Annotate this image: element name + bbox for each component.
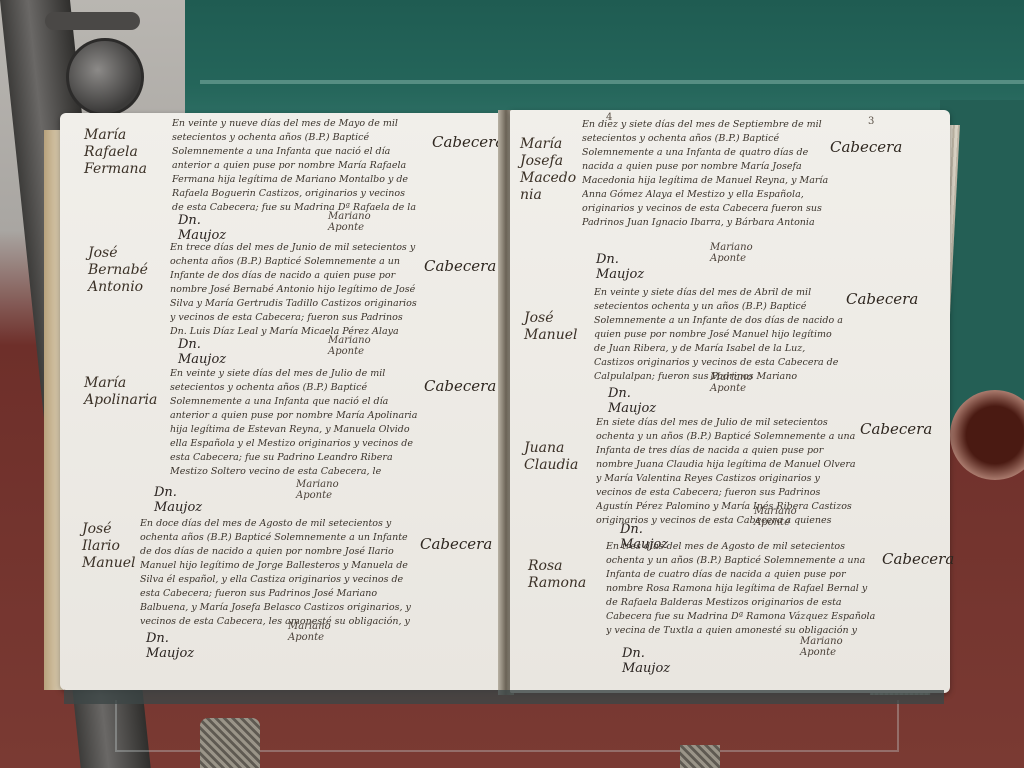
display-shelf — [64, 690, 944, 704]
witness-signature: Mariano Aponte — [710, 372, 753, 394]
witness-signature: Mariano Aponte — [710, 242, 753, 264]
register-page-left: María Rafaela Fermana En veinte y nueve … — [60, 113, 502, 690]
margin-name: María Apolinaria — [84, 375, 157, 409]
entry-text: En trece días del mes de Junio de mil se… — [170, 241, 420, 339]
parish-label: Cabecera — [424, 257, 496, 275]
entry-text: En veinte y nueve días del mes de Mayo d… — [172, 117, 417, 215]
priest-signature: Dn. Maujoz — [608, 386, 656, 416]
margin-name: José Bernabé Antonio — [88, 245, 148, 296]
priest-signature: Dn. Maujoz — [596, 252, 644, 282]
margin-name: José Manuel — [524, 310, 577, 344]
priest-signature: Dn. Maujoz — [622, 646, 670, 676]
entry-text: En veinte y siete días del mes de Julio … — [170, 367, 425, 479]
silver-object — [200, 718, 260, 768]
margin-name: María Josefa Macedo nia — [520, 136, 576, 204]
witness-signature: Mariano Aponte — [328, 335, 371, 357]
priest-signature: Dn. Maujoz — [178, 213, 226, 243]
parish-label: Cabecera — [830, 138, 902, 156]
case-handle — [45, 12, 140, 30]
priest-signature: Dn. Maujoz — [178, 337, 226, 367]
entry-text: En doce días del mes de Agosto de mil se… — [140, 517, 420, 629]
entry-text: En siete días del mes de Julio de mil se… — [596, 416, 858, 528]
case-lock-knob — [66, 38, 144, 116]
witness-signature: Mariano Aponte — [328, 211, 371, 233]
margin-name: Rosa Ramona — [528, 558, 586, 592]
parish-label: Cabecera — [424, 377, 496, 395]
entry-text: En diez y siete días del mes de Septiemb… — [582, 118, 830, 230]
entry-text: En tres días del mes de Agosto de mil se… — [606, 540, 876, 638]
witness-signature: Mariano Aponte — [296, 479, 339, 501]
parish-label: Cabecera — [420, 535, 492, 553]
witness-signature: Mariano Aponte — [288, 621, 331, 643]
parish-label: Cabecera — [860, 420, 932, 438]
register-page-right: 4 3 María Josefa Macedo nia En diez y si… — [510, 110, 950, 693]
priest-signature: Dn. Maujoz — [154, 485, 202, 515]
display-case-green-panel — [185, 0, 1024, 120]
witness-signature: Mariano Aponte — [754, 506, 797, 528]
glass-reflection — [200, 80, 1024, 84]
priest-signature: Dn. Maujoz — [146, 631, 194, 661]
margin-name: María Rafaela Fermana — [84, 127, 147, 178]
margin-name: Juana Claudia — [524, 440, 578, 474]
silver-object — [680, 745, 720, 768]
witness-signature: Mariano Aponte — [800, 636, 843, 658]
parish-label: Cabecera — [846, 290, 918, 308]
margin-name: José Ilario Manuel — [82, 521, 135, 572]
parish-label: Cabecera — [432, 133, 504, 151]
entry-text: En veinte y siete días del mes de Abril … — [594, 286, 844, 384]
folio-corner-number: 3 — [868, 116, 874, 127]
parish-label: Cabecera — [882, 550, 954, 568]
